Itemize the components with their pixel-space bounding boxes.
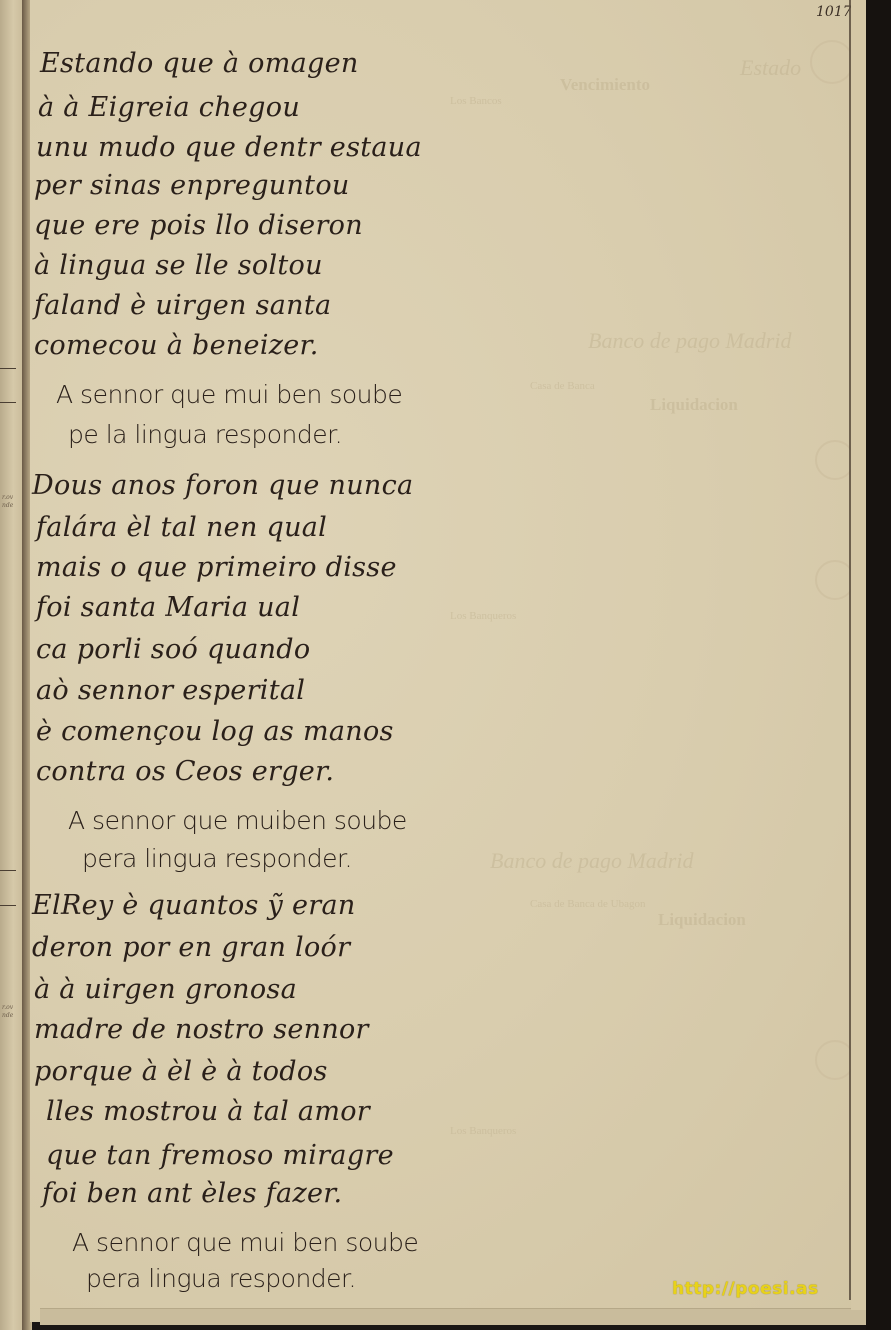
verse-line: foi santa Maria ual — [36, 592, 300, 623]
scan-background-edge — [866, 0, 891, 1330]
verse-line: ElRey è quantos ỹ eran — [32, 890, 356, 921]
verse-line: unu mudo que dentr estaua — [36, 132, 422, 163]
right-margin-strip — [851, 0, 866, 1310]
manuscript-page: Estado Vencimiento Los Bancos Banco de p… — [30, 0, 866, 1322]
verse-line: faland è uirgen santa — [34, 290, 331, 321]
verse-line: Estando que à omagen — [40, 48, 359, 79]
page-stack-edge — [40, 1308, 866, 1325]
margin-note: r.ov — [2, 494, 13, 501]
verse-line: è començou log as manos — [36, 716, 394, 747]
verse-line: foi ben ant èles fazer. — [42, 1178, 342, 1209]
refrain-line: pe la lingua responder. — [68, 420, 342, 449]
verse-line: lles mostrou à tal amor — [46, 1096, 370, 1127]
verse-line: porque à èl è à todos — [34, 1056, 328, 1087]
verse-line: que tan fremoso miragre — [46, 1140, 394, 1171]
verse-line: comecou à beneizer. — [34, 330, 319, 361]
verse-line: que ere pois llo diseron — [34, 210, 363, 241]
verse-line: falára èl tal nen qual — [36, 512, 327, 543]
refrain-line: pera lingua responder. — [82, 844, 352, 873]
margin-note: nde — [2, 502, 13, 509]
verse-line: ca porli soó quando — [36, 634, 310, 665]
margin-note: r.ov — [2, 1004, 13, 1011]
margin-rule — [0, 368, 16, 369]
refrain-line: A sennor que mui ben soube — [56, 380, 402, 409]
manuscript-scan: r.ov nde r.ov nde Estado Vencimiento Los… — [0, 0, 891, 1330]
refrain-line: A sennor que mui ben soube — [72, 1228, 418, 1257]
verse-line: per sinas enpreguntou — [34, 170, 350, 201]
previous-page-edge: r.ov nde r.ov nde — [0, 0, 24, 1330]
margin-rule — [0, 905, 16, 906]
refrain-line: A sennor que muiben soube — [68, 806, 407, 835]
verse-line: madre de nostro sennor — [34, 1014, 369, 1045]
margin-note: nde — [2, 1012, 13, 1019]
verse-line: Dous anos foron que nunca — [32, 470, 413, 501]
manuscript-text: Estando que à omagen à à Eigreia chegou … — [30, 0, 866, 1322]
refrain-line: pera lingua responder. — [86, 1264, 356, 1293]
margin-rule — [0, 402, 16, 403]
watermark-link[interactable]: http://poesi.as — [672, 1279, 819, 1299]
verse-line: à à Eigreia chegou — [38, 92, 300, 123]
verse-line: contra os Ceos erger. — [36, 756, 334, 787]
verse-line: aò sennor esperital — [36, 675, 305, 706]
verse-line: à lingua se lle soltou — [34, 250, 323, 281]
verse-line: deron por en gran loór — [32, 932, 350, 963]
verse-line: mais o que primeiro disse — [36, 552, 397, 583]
verse-line: à à uirgen gronosa — [34, 974, 297, 1005]
margin-rule — [0, 870, 16, 871]
